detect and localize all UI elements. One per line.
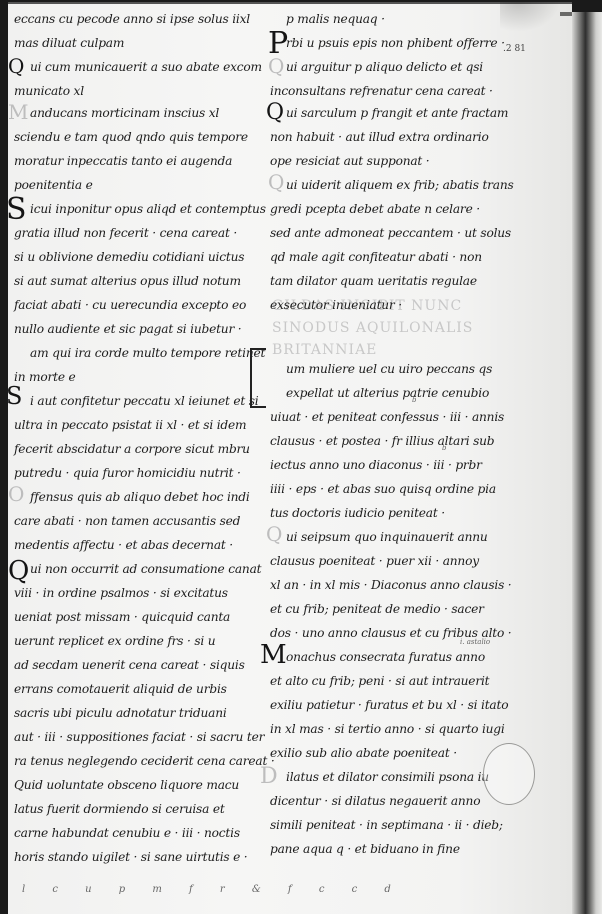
text-line: medentis affectu · et abas decernat · [14,538,233,552]
text-line: p malis nequaq · [286,12,385,26]
text-line: ad secdam uenerit cena careat · siquis [14,658,245,672]
text-line: latus fuerit dormiendo si ceruisa et [14,802,225,816]
initial-bracket-c [250,348,266,408]
text-line: putredu · quia furor homicidiu nutrit · [14,466,241,480]
text-line: anducans morticinam inscius xl [30,106,219,120]
text-line: nullo audiente et sic pagat si iubetur · [14,322,241,336]
text-line: ffensus quis ab aliquo debet hoc indi [30,490,250,504]
initial-letter: S [6,382,22,410]
text-line: ultra in peccato psistat ii xl · et si i… [14,418,246,432]
text-line: fecerit abscidatur a corpore sicut mbru [14,442,250,456]
text-line: aut · iii · suppositiones faciat · si sa… [14,730,264,744]
bottom-margin-probatio: l c u p m f r & f c c d [22,884,403,895]
interlinear-gloss: b [442,444,446,452]
text-line: ueniat post missam · quicquid canta [14,610,230,624]
text-line: tam dilator quam ueritatis regulae [270,274,477,288]
text-line: ui non occurrit ad consumatione canat [30,562,261,576]
initial-letter: M [260,640,287,670]
folio-number: .2 81 [503,44,526,54]
interlinear-gloss: b [412,396,416,404]
text-line: in morte e [14,370,76,384]
text-line: simili peniteat · in septimana · ii · di… [270,818,503,832]
text-line: si u oblivione demediu cotidiani uictus [14,250,244,264]
text-line: uerunt replicet ex ordine frs · si u [14,634,215,648]
text-line: si aut sumat alterius opus illud notum [14,274,241,288]
initial-letter: Q [266,100,284,125]
initial-letter: M [8,100,28,124]
text-line: xl an · in xl mis · Diaconus anno clausi… [270,578,511,592]
text-line: mas diluat culpam [14,36,124,50]
initial-letter: Q [268,170,284,194]
text-line: gratia illud non fecerit · cena careat · [14,226,237,240]
text-line: sed ante admoneat peccantem · ut solus [270,226,511,240]
initial-letter: Q [268,54,284,78]
text-line: icui inponitur opus aliqd et contemptus [30,202,266,216]
text-line: iiii · eps · et abas suo quisq ordine pi… [270,482,496,496]
text-line: faciat abati · cu uerecundia excepto eo [14,298,246,312]
text-line: rbi u psuis epis non phibent offerre · [286,36,505,50]
text-line: dicentur · si dilatus negauerit anno [270,794,480,808]
show-through-heading-3: BRITANNIAE [272,342,377,358]
text-line: ui cum municauerit a suo abate excom [30,60,262,74]
text-line: errans comotauerit aliquid de urbis [14,682,227,696]
initial-letter: O [8,482,24,506]
text-line: ui arguitur p aliquo delicto et qsi [286,60,483,74]
text-line: non habuit · aut illud extra ordinario [270,130,489,144]
text-line: expellat ut alterius patrie cenubio [286,386,489,400]
initial-letter: Q [8,54,24,78]
initial-letter: S [6,192,27,227]
text-line: et alto cu frib; peni · si aut intraueri… [270,674,489,688]
text-line: et cu frib; peniteat de medio · sacer [270,602,484,616]
text-line: moratur inpeccatis tanto ei augenda [14,154,232,168]
text-line: onachus consecrata furatus anno [286,650,485,664]
show-through-heading-2: SINODUS AQUILONALIS [272,320,473,336]
initial-letter: D [260,764,278,789]
parchment-hole-mark [483,743,535,805]
text-line: ui seipsum quo inquinauerit annu [286,530,488,544]
text-line: uiuat · et peniteat confessus · iii · an… [270,410,504,424]
text-line: qd male agit confiteatur abati · non [270,250,482,264]
text-line: iectus anno uno diaconus · iii · prbr [270,458,482,472]
text-line: Quid uoluntate obsceno liquore macu [14,778,239,792]
text-line: tus doctoris iudicio peniteat · [270,506,445,520]
text-line: eccans cu pecode anno si ipse solus iixl [14,12,250,26]
text-line: um muliere uel cu uiro peccans qs [286,362,492,376]
text-line: ui sarculum p frangit et ante fractam [286,106,508,120]
text-line: viii · in ordine psalmos · si excitatus [14,586,228,600]
text-line: horis stando uigilet · si sane uirtutis … [14,850,247,864]
text-line: exiliu patietur · furatus et bu xl · si … [270,698,508,712]
text-line: i aut confitetur peccatu xl ieiunet et s… [30,394,258,408]
text-line: poenitentia e [14,178,93,192]
text-line: exsecutor inueniatur · [270,298,402,312]
text-line: ope resiciat aut supponat · [270,154,429,168]
text-line: sciendu e tam quod qndo quis tempore [14,130,248,144]
text-line: carne habundat cenubiu e · iii · noctis [14,826,240,840]
text-line: sacris ubi piculu adnotatur triduani [14,706,227,720]
text-line: inconsultans refrenatur cena careat · [270,84,493,98]
text-line: care abati · non tamen accusantis sed [14,514,240,528]
text-line: ilatus et dilator consimili psona iu [286,770,489,784]
initial-letter: Q [266,522,282,546]
text-line: clausus · et postea · fr illius altari s… [270,434,494,448]
initial-letter: Q [8,556,29,586]
binding-edge [572,12,602,914]
text-line: clausus poeniteat · puer xii · annoy [270,554,479,568]
interlinear-gloss: i. astalio [460,638,490,646]
text-line: ra tenus neglegendo ceciderit cena carea… [14,754,275,768]
text-line: in xl mas · si tertio anno · si quarto i… [270,722,505,736]
text-line: pane aqua q · et biduano in fine [270,842,460,856]
text-line: municato xl [14,84,84,98]
page-shadow [500,2,560,32]
text-line: gredi pcepta debet abate n celare · [270,202,480,216]
text-line: am qui ira corde multo tempore retinet [30,346,265,360]
text-line: ui uiderit aliquem ex frib; abatis trans [286,178,514,192]
text-line: exilio sub alio abate poeniteat · [270,746,457,760]
